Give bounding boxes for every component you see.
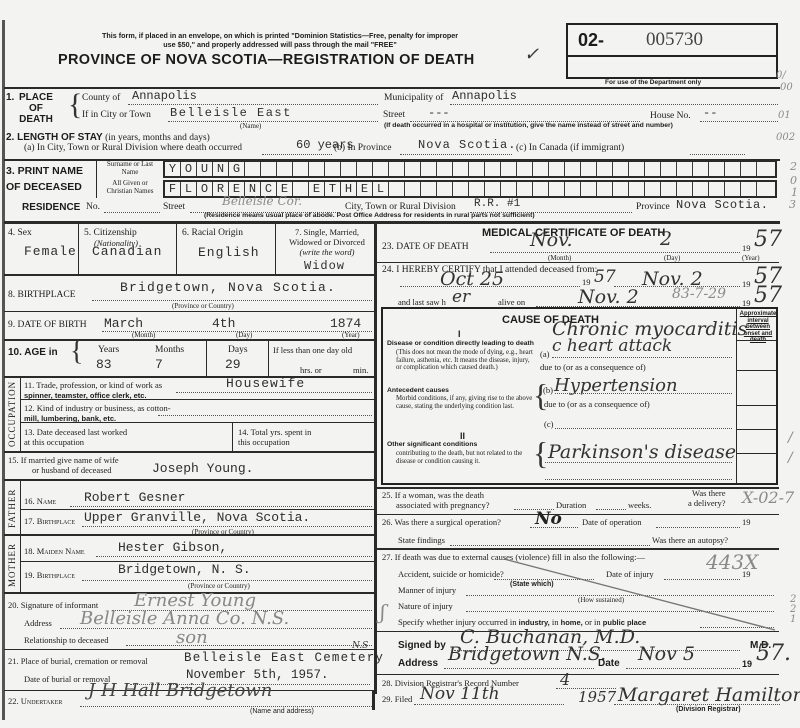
cause-a-prefix: (a) bbox=[540, 349, 549, 359]
divider bbox=[20, 377, 21, 451]
name-letter-box[interactable] bbox=[677, 162, 693, 176]
autopsy-label: Was there an autopsy? bbox=[652, 535, 728, 545]
record-number-value[interactable]: 4 bbox=[560, 670, 570, 689]
hospital-note: (If death occurred in a hospital or inst… bbox=[384, 122, 673, 129]
municipality-value[interactable]: Annapolis bbox=[452, 89, 517, 103]
delivery-label: Was there a delivery? bbox=[688, 488, 726, 508]
divider bbox=[377, 674, 779, 675]
municipality-line bbox=[450, 104, 778, 105]
divider bbox=[268, 341, 269, 377]
dod-day-value[interactable]: 2 bbox=[660, 228, 672, 250]
alive-on-year[interactable]: 57 bbox=[754, 283, 782, 308]
label-line: OF bbox=[29, 103, 43, 114]
residence-province-value[interactable]: Nova Scotia. bbox=[676, 198, 768, 212]
name-letter-box[interactable] bbox=[581, 162, 597, 176]
stay-canada-line bbox=[690, 154, 745, 155]
alive-on-value[interactable]: Nov. 2 bbox=[578, 286, 639, 308]
undertaker-line bbox=[80, 706, 374, 707]
length-of-stay-label: 2. LENGTH OF STAY (in years, months and … bbox=[6, 132, 210, 143]
residence-city-value[interactable]: R.R. #1 bbox=[474, 198, 520, 210]
name-letter-box[interactable]: H bbox=[341, 182, 357, 196]
name-letter-box[interactable] bbox=[549, 162, 565, 176]
name-letter-box[interactable] bbox=[421, 182, 437, 196]
divider bbox=[20, 399, 374, 400]
dod-year-caption: (Year) bbox=[742, 254, 760, 262]
citizenship-value[interactable]: Canadian bbox=[92, 244, 162, 259]
label-line: 13. Date deceased last worked bbox=[24, 427, 127, 437]
birthplace-line bbox=[92, 300, 372, 301]
label-line: at this occupation bbox=[24, 437, 84, 447]
signature-year-value[interactable]: 57. bbox=[756, 641, 791, 666]
cause-c-prefix: (c) bbox=[544, 419, 553, 429]
q11-value[interactable]: Housewife bbox=[226, 376, 305, 391]
year-prefix: 19 bbox=[742, 517, 751, 527]
attended-from-year[interactable]: 57 bbox=[594, 267, 616, 287]
cause-b-prefix: (b) bbox=[543, 385, 553, 395]
cause-a-line bbox=[552, 357, 732, 358]
divider bbox=[736, 370, 776, 371]
cause-b-line bbox=[555, 393, 732, 394]
name-letter-box[interactable]: O bbox=[197, 182, 213, 196]
name-letter-box[interactable] bbox=[453, 162, 469, 176]
label-line: (write the word) bbox=[300, 247, 355, 257]
name-letter-box[interactable] bbox=[597, 162, 613, 176]
name-letter-box[interactable] bbox=[741, 182, 757, 196]
burial-place-note: N.S bbox=[352, 641, 368, 651]
divider bbox=[275, 224, 276, 274]
margin-mark: 0/ bbox=[776, 70, 786, 81]
marital-status-label: 7. Single, Married, Widowed or Divorced … bbox=[280, 227, 374, 257]
father-name-line bbox=[70, 506, 372, 507]
brace: { bbox=[68, 90, 82, 120]
divider bbox=[4, 221, 780, 224]
year-prefix: 19 bbox=[742, 279, 751, 289]
filed-year-value[interactable]: 1957 bbox=[578, 688, 616, 706]
dod-year-value[interactable]: 57 bbox=[754, 227, 782, 252]
name-letter-box[interactable]: L bbox=[181, 182, 197, 196]
label-line: this occupation bbox=[238, 437, 290, 447]
margin-mark: 3 bbox=[789, 198, 796, 211]
age-days-label: Days bbox=[228, 345, 248, 355]
label-line: 12. Kind of industry or business, as cot… bbox=[24, 403, 171, 413]
informant-address-label: Address bbox=[24, 618, 52, 628]
name-letter-box[interactable] bbox=[725, 162, 741, 176]
sex-value[interactable]: Female bbox=[24, 244, 77, 259]
name-letter-box[interactable] bbox=[501, 162, 517, 176]
informant-address-value[interactable]: Belleisle Anna Co. N.S. bbox=[80, 608, 289, 629]
margin-mark: 01 bbox=[778, 110, 791, 121]
divider bbox=[78, 224, 79, 274]
house-number-label: House No. bbox=[650, 111, 691, 121]
other-conditions-label: Other significant conditions bbox=[387, 441, 477, 448]
father-name-value[interactable]: Robert Gesner bbox=[84, 490, 185, 505]
name-letter-box[interactable] bbox=[613, 162, 629, 176]
registrar-signature[interactable]: Margaret Hamilton bbox=[618, 684, 800, 706]
label-line: 15. If married give name of wife bbox=[8, 455, 119, 465]
dod-year-prefix: 19 bbox=[742, 243, 751, 253]
name-letter-box[interactable] bbox=[629, 162, 645, 176]
accident-label: Accident, suicide or homicide? bbox=[398, 569, 504, 579]
dod-month-caption: (Month) bbox=[548, 254, 571, 262]
name-letter-box[interactable] bbox=[517, 162, 533, 176]
q11-line bbox=[176, 392, 372, 393]
date-of-birth-label: 9. DATE OF BIRTH bbox=[8, 320, 87, 330]
name-letter-box[interactable]: E bbox=[357, 182, 373, 196]
divider bbox=[206, 341, 207, 377]
cause-a-value-line2[interactable]: c heart attack bbox=[552, 336, 672, 356]
brace: { bbox=[533, 436, 548, 470]
signed-by-label: Signed by bbox=[398, 640, 446, 651]
given-names-caption: All Given or Christian Names bbox=[100, 180, 160, 195]
name-letter-box[interactable]: N bbox=[213, 162, 229, 176]
margin-mark: 2 bbox=[790, 160, 797, 173]
form-title: PROVINCE OF NOVA SCOTIA—REGISTRATION OF … bbox=[58, 52, 475, 68]
relationship-label: Relationship to deceased bbox=[24, 635, 109, 645]
delivery-pencil-note: X-02-7 bbox=[742, 488, 794, 507]
q14-label: 14. Total yrs. spent in this occupation bbox=[238, 427, 311, 447]
registration-number-box: 02- 005730 bbox=[566, 23, 778, 79]
hrs-label: hrs. or bbox=[300, 365, 322, 375]
name-letter-box[interactable]: F bbox=[165, 182, 181, 196]
surname-caption: Surname or Last Name bbox=[100, 161, 160, 176]
divider bbox=[4, 311, 374, 312]
dob-month-caption: (Month) bbox=[132, 331, 155, 339]
name-letter-box[interactable] bbox=[485, 162, 501, 176]
label-line: DEATH bbox=[19, 114, 53, 125]
father-side-label: FATHER bbox=[7, 482, 17, 534]
operation-date-label: Date of operation bbox=[582, 517, 641, 527]
last-saw-value[interactable]: er bbox=[452, 287, 470, 307]
due-to-label: due to (or as a consequence of) bbox=[540, 362, 646, 372]
divider bbox=[4, 376, 374, 378]
signature-address-value[interactable]: Bridgetown N.S. bbox=[448, 643, 606, 665]
name-letter-box[interactable] bbox=[645, 182, 661, 196]
father-name-label: 16. Name bbox=[24, 496, 56, 506]
name-letter-box[interactable] bbox=[485, 182, 501, 196]
name-letter-box[interactable] bbox=[261, 162, 277, 176]
direct-cause-label: Disease or condition directly leading to… bbox=[387, 340, 534, 347]
last-saw-label: and last saw h bbox=[398, 297, 446, 307]
weeks-label: weeks. bbox=[628, 500, 651, 510]
signature-date-value[interactable]: Nov 5 bbox=[638, 643, 695, 665]
name-letter-box[interactable] bbox=[757, 182, 773, 196]
registration-prefix: 02- bbox=[578, 30, 604, 51]
pregnancy-label: 25. If a woman, was the death associated… bbox=[382, 490, 489, 510]
relationship-value[interactable]: son bbox=[176, 627, 208, 648]
name-letter-box[interactable] bbox=[421, 162, 437, 176]
residence-no-line bbox=[104, 212, 160, 213]
father-birthplace-value[interactable]: Upper Granville, Nova Scotia. bbox=[84, 510, 310, 525]
mother-birthplace-label: 19. Birthplace bbox=[24, 570, 75, 580]
name-letter-box[interactable] bbox=[757, 162, 773, 176]
mail-notice: This form, if placed in an envelope, on … bbox=[60, 31, 500, 49]
other-conditions-line2 bbox=[545, 479, 732, 480]
direct-cause-note: (This does not mean the mode of dying, e… bbox=[396, 349, 536, 372]
age-pencil-note: 83-7-29 bbox=[672, 286, 726, 302]
burial-place-value[interactable]: Belleisle East Cemetery bbox=[184, 651, 384, 665]
findings-line bbox=[450, 545, 650, 546]
name-letter-box[interactable] bbox=[549, 182, 565, 196]
filed-label: 29. Filed bbox=[382, 694, 412, 704]
name-letter-box[interactable] bbox=[661, 182, 677, 196]
house-number-value[interactable]: -- bbox=[703, 106, 717, 120]
name-letter-box[interactable] bbox=[501, 182, 517, 196]
municipality-label: Municipality of bbox=[384, 93, 443, 103]
divider bbox=[4, 339, 374, 341]
name-letter-box[interactable]: Y bbox=[165, 162, 181, 176]
name-letter-box[interactable] bbox=[389, 182, 405, 196]
place-of-death-label: PLACE OF DEATH bbox=[19, 92, 53, 125]
city-caption: (Name) bbox=[240, 122, 261, 130]
residence-street-value[interactable]: Belleisle Cor. bbox=[222, 194, 302, 208]
margin-mark: 1 bbox=[790, 614, 796, 625]
county-line bbox=[128, 104, 378, 105]
divider bbox=[4, 649, 374, 650]
divider bbox=[4, 274, 374, 276]
occupation-side-label: OCCUPATION bbox=[7, 380, 17, 448]
dob-day-caption: (Day) bbox=[236, 331, 252, 339]
name-letter-box[interactable]: L bbox=[373, 182, 389, 196]
length-of-stay-title: 2. LENGTH OF STAY bbox=[6, 132, 103, 143]
stay-city-line bbox=[262, 154, 332, 155]
divider bbox=[377, 262, 779, 263]
divider bbox=[4, 534, 374, 536]
dob-day-value[interactable]: 4th bbox=[212, 316, 235, 331]
age-years-value[interactable]: 83 bbox=[96, 357, 112, 372]
name-letter-box[interactable]: T bbox=[325, 182, 341, 196]
signature-address-label: Address bbox=[398, 658, 438, 669]
name-letter-box[interactable] bbox=[405, 182, 421, 196]
mother-side-label: MOTHER bbox=[7, 538, 17, 592]
undertaker-value[interactable]: J H Hall Bridgetown bbox=[88, 680, 272, 701]
name-letter-box[interactable] bbox=[357, 162, 373, 176]
filed-line bbox=[414, 704, 564, 705]
spouse-value[interactable]: Joseph Young. bbox=[152, 461, 253, 476]
section1-number: 1. bbox=[6, 92, 14, 103]
attended-from-value[interactable]: Oct 25 bbox=[440, 268, 504, 290]
street-value[interactable]: --- bbox=[428, 106, 450, 120]
label-line: associated with pregnancy? bbox=[382, 500, 489, 510]
q11-label: 11. Trade, profession, or kind of work a… bbox=[24, 380, 162, 401]
name-letter-box[interactable] bbox=[469, 182, 485, 196]
relationship-line bbox=[126, 645, 372, 646]
mother-name-label: 18. Maiden Name bbox=[24, 546, 85, 556]
residence-note: (Residence means usual place of abode. P… bbox=[204, 212, 535, 219]
name-letter-box[interactable] bbox=[373, 162, 389, 176]
label-line: 3. PRINT NAME bbox=[6, 165, 83, 177]
name-letter-box[interactable] bbox=[629, 182, 645, 196]
surgery-value[interactable]: No bbox=[535, 509, 562, 529]
name-letter-box[interactable] bbox=[293, 162, 309, 176]
label-line: or husband of deceased bbox=[8, 465, 112, 475]
divider bbox=[4, 87, 780, 89]
other-conditions-note: contributing to the death, but not relat… bbox=[396, 450, 536, 465]
divider bbox=[736, 340, 776, 341]
house-line bbox=[700, 121, 778, 122]
margin-mark: / bbox=[788, 430, 793, 446]
antecedent-label: Antecedent causes bbox=[387, 387, 449, 394]
label-line: a delivery? bbox=[688, 498, 726, 508]
birthplace-label: 8. BIRTHPLACE bbox=[8, 290, 76, 300]
surgery-label: 26. Was there a surgical operation? bbox=[382, 517, 501, 527]
name-letter-box[interactable] bbox=[517, 182, 533, 196]
divider bbox=[20, 422, 374, 423]
name-letter-box[interactable] bbox=[533, 182, 549, 196]
name-letter-box[interactable] bbox=[581, 182, 597, 196]
mail-notice-line2: use $50," and properly addressed will pa… bbox=[163, 40, 397, 49]
nature-label: Nature of injury bbox=[398, 601, 453, 611]
divider bbox=[4, 451, 374, 453]
divider bbox=[372, 690, 375, 710]
margin-mark: 00 bbox=[780, 82, 793, 93]
street-label: Street bbox=[383, 110, 405, 120]
birthplace-caption: (Province or Country) bbox=[172, 302, 234, 310]
label-line: Widowed or Divorced bbox=[289, 237, 365, 247]
name-letter-box[interactable] bbox=[341, 162, 357, 176]
label-line: 25. If a woman, was the death bbox=[382, 490, 484, 500]
strike-through-line bbox=[500, 555, 780, 635]
q12-line bbox=[158, 415, 372, 416]
other-conditions-value[interactable]: Parkinson's disease bbox=[548, 441, 736, 463]
brace: { bbox=[70, 336, 83, 368]
name-letter-box[interactable] bbox=[405, 162, 421, 176]
name-letter-box[interactable] bbox=[533, 162, 549, 176]
name-letter-box[interactable] bbox=[325, 162, 341, 176]
age-years-label: Years bbox=[98, 345, 119, 355]
spouse-label: 15. If married give name of wife or husb… bbox=[8, 455, 119, 475]
age-label-text: 10. AGE in bbox=[8, 347, 58, 358]
age-days-value[interactable]: 29 bbox=[225, 357, 241, 372]
mother-birthplace-value[interactable]: Bridgetown, N. S. bbox=[118, 562, 251, 577]
name-letter-box[interactable] bbox=[597, 182, 613, 196]
residence-city-label: City, Town or Rural Division bbox=[345, 202, 456, 212]
name-letter-box[interactable] bbox=[469, 162, 485, 176]
label-line: 14. Total yrs. spent in bbox=[238, 427, 311, 437]
department-note: For use of the Department only bbox=[605, 79, 701, 86]
name-letter-box[interactable]: G bbox=[229, 162, 245, 176]
duration-line bbox=[596, 509, 626, 510]
mail-notice-line1: This form, if placed in an envelope, on … bbox=[102, 31, 458, 40]
name-letter-box[interactable] bbox=[245, 162, 261, 176]
age-label: 10. AGE in bbox=[8, 347, 58, 358]
death-registration-form: This form, if placed in an envelope, on … bbox=[0, 0, 800, 728]
surname-boxes[interactable]: YOUNG bbox=[163, 160, 777, 178]
name-letter-box[interactable] bbox=[277, 162, 293, 176]
registrar-caption: (Division Registrar) bbox=[676, 706, 741, 713]
stay-city-label: (a) In City, Town or Rural Division wher… bbox=[24, 143, 242, 153]
name-letter-box[interactable] bbox=[709, 182, 725, 196]
city-town-value[interactable]: Belleisle East bbox=[170, 106, 292, 120]
part-2-number: II bbox=[460, 431, 465, 441]
name-letter-box[interactable] bbox=[709, 162, 725, 176]
length-of-stay-note: (in years, months and days) bbox=[105, 133, 210, 143]
date-of-death-label: 23. DATE OF DEATH bbox=[382, 242, 469, 252]
mother-name-line bbox=[96, 556, 372, 557]
county-label: County of bbox=[82, 93, 120, 103]
divider bbox=[736, 405, 776, 406]
age-months-label: Months bbox=[155, 345, 184, 355]
undertaker-caption: (Name and address) bbox=[250, 708, 314, 715]
min-label: min. bbox=[353, 365, 368, 375]
under-day-label: If less than one day old bbox=[273, 345, 352, 355]
name-letter-box[interactable] bbox=[725, 182, 741, 196]
registration-number: 005730 bbox=[646, 29, 703, 51]
dob-month-value[interactable]: March bbox=[104, 316, 143, 331]
dob-year-value[interactable]: 1874 bbox=[330, 316, 361, 331]
divider bbox=[176, 224, 177, 274]
father-birthplace-line bbox=[82, 526, 372, 527]
name-letter-box[interactable] bbox=[741, 162, 757, 176]
cause-c-line bbox=[555, 428, 732, 429]
margin-mark: 002 bbox=[776, 132, 795, 143]
name-letter-box[interactable] bbox=[565, 162, 581, 176]
dod-month-value[interactable]: Nov. bbox=[530, 229, 573, 251]
citizenship-label: 5. Citizenship bbox=[84, 228, 137, 238]
name-letter-box[interactable] bbox=[565, 182, 581, 196]
filed-value[interactable]: Nov 11th bbox=[420, 684, 500, 704]
name-letter-box[interactable] bbox=[677, 182, 693, 196]
name-letter-box[interactable] bbox=[613, 182, 629, 196]
part-1-number: I bbox=[458, 329, 461, 339]
check-mark-icon: ✓ bbox=[524, 44, 539, 65]
manner-label: Manner of injury bbox=[398, 585, 456, 595]
divider bbox=[736, 429, 776, 430]
mother-name-value[interactable]: Hester Gibson, bbox=[118, 540, 227, 555]
racial-origin-label: 6. Racial Origin bbox=[182, 228, 243, 238]
dod-day-caption: (Day) bbox=[664, 254, 680, 262]
name-letter-box[interactable] bbox=[437, 182, 453, 196]
q12-label: 12. Kind of industry or business, as cot… bbox=[24, 403, 171, 424]
label-line: PLACE bbox=[19, 92, 53, 103]
due-to-label: due to (or as a consequence of) bbox=[544, 399, 650, 409]
name-letter-box[interactable]: E bbox=[309, 182, 325, 196]
divider bbox=[20, 480, 21, 534]
name-letter-box[interactable] bbox=[309, 162, 325, 176]
residence-street-label: Street bbox=[163, 202, 185, 212]
burial-place-label: 21. Place of burial, cremation or remova… bbox=[8, 656, 148, 666]
stay-province-value[interactable]: Nova Scotia. bbox=[418, 138, 516, 152]
label-line: 11. Trade, profession, or kind of work a… bbox=[24, 380, 162, 390]
county-value[interactable]: Annapolis bbox=[132, 89, 197, 103]
name-letter-box[interactable] bbox=[693, 162, 709, 176]
name-letter-box[interactable]: O bbox=[181, 162, 197, 176]
year-prefix: 19 bbox=[742, 659, 752, 669]
mother-birthplace-line bbox=[82, 580, 372, 581]
age-months-value[interactable]: 7 bbox=[155, 357, 163, 372]
findings-label: State findings bbox=[398, 535, 445, 545]
name-letter-box[interactable] bbox=[453, 182, 469, 196]
name-letter-box[interactable]: U bbox=[197, 162, 213, 176]
divider bbox=[377, 514, 779, 515]
margin-mark: / bbox=[788, 450, 793, 466]
divider bbox=[20, 536, 21, 592]
name-letter-box[interactable] bbox=[645, 162, 661, 176]
undertaker-label: 22. Undertaker bbox=[8, 696, 62, 706]
racial-origin-value[interactable]: English bbox=[198, 245, 260, 260]
name-letter-box[interactable] bbox=[661, 162, 677, 176]
stay-province-label: (b) In Province bbox=[334, 143, 392, 153]
medical-certificate-title: MEDICAL CERTIFICATE OF DEATH bbox=[482, 227, 665, 239]
label-line: Was there bbox=[692, 488, 726, 498]
name-letter-box[interactable] bbox=[389, 162, 405, 176]
birthplace-value[interactable]: Bridgetown, Nova Scotia. bbox=[120, 280, 336, 295]
name-letter-box[interactable] bbox=[437, 162, 453, 176]
residence-no-label: No. bbox=[86, 202, 100, 212]
name-letter-box[interactable] bbox=[693, 182, 709, 196]
marital-status-value[interactable]: Widow bbox=[304, 259, 345, 273]
pencil-mark: ʃ bbox=[380, 600, 385, 624]
registrar-line bbox=[614, 704, 780, 705]
